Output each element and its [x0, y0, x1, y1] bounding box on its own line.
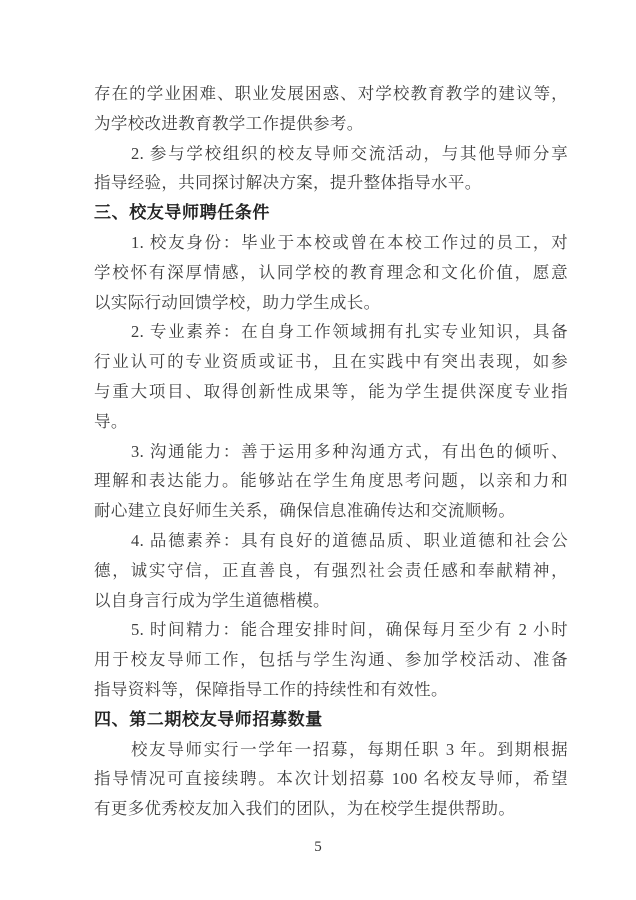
body-line: 3. 沟通能力：善于运用多种沟通方式，有出色的倾听、 [94, 437, 568, 467]
body-line: 指导情况可直接续聘。本次计划招募 100 名校友导师，希望 [94, 764, 568, 794]
body-line: 学校怀有深厚情感，认同学校的教育理念和文化价值，愿意 [94, 258, 568, 288]
body-line: 耐心建立良好师生关系，确保信息准确传达和交流顺畅。 [94, 496, 568, 526]
paragraph-condition-1: 1. 校友身份：毕业于本校或曾在本校工作过的员工，对 学校怀有深厚情感，认同学校… [94, 228, 568, 317]
paragraph-condition-3: 3. 沟通能力：善于运用多种沟通方式，有出色的倾听、 理解和表达能力。能够站在学… [94, 437, 568, 526]
body-line: 5. 时间精力：能合理安排时间，确保每月至少有 2 小时 [94, 615, 568, 645]
body-line: 以自身言行成为学生道德楷模。 [94, 586, 568, 616]
body-line: 行业认可的专业资质或证书，且在实践中有突出表现，如参 [94, 347, 568, 377]
body-line: 校友导师实行一学年一招募，每期任职 3 年。到期根据 [94, 735, 568, 765]
body-line: 导。 [94, 407, 568, 437]
body-line: 用于校友导师工作，包括与学生沟通、参加学校活动、准备 [94, 645, 568, 675]
paragraph-continuation: 存在的学业困难、职业发展困惑、对学校教育教学的建议等， 为学校改进教育教学工作提… [94, 79, 568, 139]
body-line: 1. 校友身份：毕业于本校或曾在本校工作过的员工，对 [94, 228, 568, 258]
section-heading-4: 四、第二期校友导师招募数量 [94, 705, 568, 735]
paragraph-condition-4: 4. 品德素养：具有良好的道德品质、职业道德和社会公 德，诚实守信，正直善良，有… [94, 526, 568, 615]
body-line: 存在的学业困难、职业发展困惑、对学校教育教学的建议等， [94, 79, 568, 109]
body-line: 指导资料等，保障指导工作的持续性和有效性。 [94, 675, 568, 705]
body-line: 4. 品德素养：具有良好的道德品质、职业道德和社会公 [94, 526, 568, 556]
section-heading-3: 三、校友导师聘任条件 [94, 198, 568, 228]
paragraph-recruitment-count: 校友导师实行一学年一招募，每期任职 3 年。到期根据 指导情况可直接续聘。本次计… [94, 735, 568, 824]
paragraph-condition-5: 5. 时间精力：能合理安排时间，确保每月至少有 2 小时 用于校友导师工作，包括… [94, 615, 568, 704]
body-line: 为学校改进教育教学工作提供参考。 [94, 109, 568, 139]
document-body: 存在的学业困难、职业发展困惑、对学校教育教学的建议等， 为学校改进教育教学工作提… [94, 79, 568, 824]
paragraph-item-2-duties: 2. 参与学校组织的校友导师交流活动，与其他导师分享 指导经验，共同探讨解决方案… [94, 139, 568, 199]
body-line: 指导经验，共同探讨解决方案，提升整体指导水平。 [94, 168, 568, 198]
body-line: 以实际行动回馈学校，助力学生成长。 [94, 288, 568, 318]
body-line: 与重大项目、取得创新性成果等，能为学生提供深度专业指 [94, 377, 568, 407]
body-line: 理解和表达能力。能够站在学生角度思考问题，以亲和力和 [94, 466, 568, 496]
paragraph-condition-2: 2. 专业素养：在自身工作领域拥有扎实专业知识，具备 行业认可的专业资质或证书，… [94, 317, 568, 436]
page-number: 5 [0, 836, 636, 858]
body-line: 有更多优秀校友加入我们的团队，为在校学生提供帮助。 [94, 794, 568, 824]
body-line: 2. 专业素养：在自身工作领域拥有扎实专业知识，具备 [94, 317, 568, 347]
body-line: 2. 参与学校组织的校友导师交流活动，与其他导师分享 [94, 139, 568, 169]
document-page: 存在的学业困难、职业发展困惑、对学校教育教学的建议等， 为学校改进教育教学工作提… [0, 0, 636, 900]
body-line: 德，诚实守信，正直善良，有强烈社会责任感和奉献精神， [94, 556, 568, 586]
